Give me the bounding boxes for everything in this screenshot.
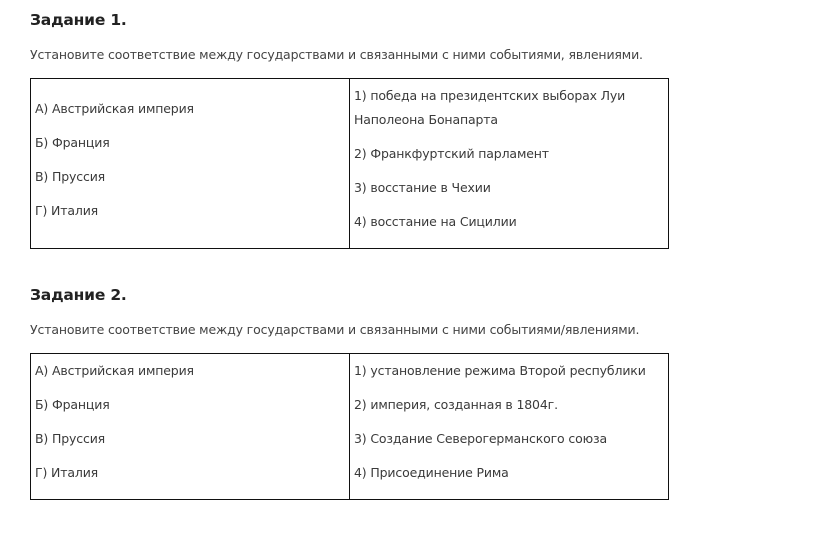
event-item-2: 2) Франкфуртский парламент xyxy=(354,142,664,166)
task-2-matching-table: А) Австрийская империя Б) Франция В) Пру… xyxy=(30,353,669,500)
states-column: А) Австрийская империя Б) Франция В) Пру… xyxy=(31,79,350,249)
event-item-1: 1) установление режима Второй республики xyxy=(354,359,664,383)
state-item-a: А) Австрийская империя xyxy=(35,97,345,121)
events-column: 1) установление режима Второй республики… xyxy=(350,354,669,500)
state-item-g: Г) Италия xyxy=(35,199,345,223)
event-item-4: 4) восстание на Сицилии xyxy=(354,210,664,234)
events-column: 1) победа на президентских выборах Луи Н… xyxy=(350,79,669,249)
task-1-title: Задание 1. xyxy=(30,11,127,29)
event-item-4: 4) Присоединение Рима xyxy=(354,461,664,485)
event-item-3: 3) восстание в Чехии xyxy=(354,176,664,200)
event-item-3: 3) Создание Северогерманского союза xyxy=(354,427,664,451)
task-2-title: Задание 2. xyxy=(30,286,127,304)
state-item-v: В) Пруссия xyxy=(35,165,345,189)
task-1-matching-table: А) Австрийская империя Б) Франция В) Пру… xyxy=(30,78,669,249)
task-1-description: Установите соответствие между государств… xyxy=(30,47,643,62)
event-item-2: 2) империя, созданная в 1804г. xyxy=(354,393,664,417)
states-column: А) Австрийская империя Б) Франция В) Пру… xyxy=(31,354,350,500)
state-item-b: Б) Франция xyxy=(35,393,345,417)
state-item-a: А) Австрийская империя xyxy=(35,359,345,383)
event-item-1: 1) победа на президентских выборах Луи Н… xyxy=(354,84,664,132)
task-2-description: Установите соответствие между государств… xyxy=(30,322,639,337)
state-item-g: Г) Италия xyxy=(35,461,345,485)
state-item-b: Б) Франция xyxy=(35,131,345,155)
state-item-v: В) Пруссия xyxy=(35,427,345,451)
